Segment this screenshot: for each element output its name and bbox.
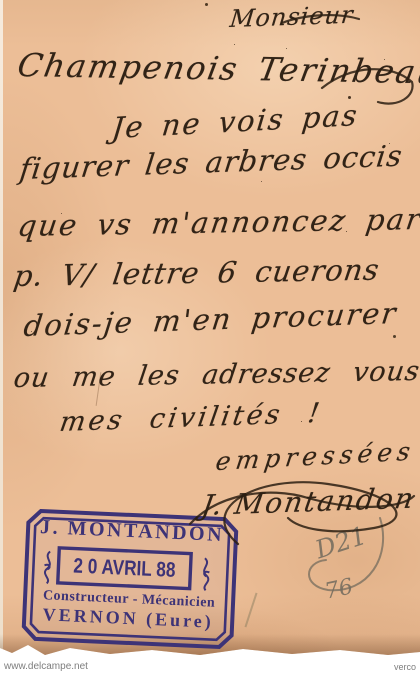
watermark-verco: verco [394,662,416,672]
handwriting-line-4: figurer les arbres occis [18,139,405,187]
pencil-stray-stroke [244,593,257,628]
paper-specks [205,3,208,6]
stamp-date: 2 0 AVRIL 88 [70,554,179,583]
watermark-delcampe: www.delcampe.net [4,661,88,672]
handwriting-line-5: que vs m'annoncez par [16,202,420,243]
handwriting-line-8: ou me les adressez vous [12,356,420,394]
postcard-paper: Monsieur Champenois Terinbeaux Je ne voi… [0,0,420,675]
handwriting-line-1: Monsieur [229,1,355,33]
torn-left-edge [0,0,3,660]
handwriting-line-2: Champenois Terinbeaux [15,46,420,92]
merchant-stamp: J. MONTANDON 2 0 AVRIL 88 Constructeur -… [19,506,241,651]
handwriting-line-9: mes civilités ! [58,398,325,438]
handwriting-line-7: dois-je m'en procurer [22,296,400,343]
pencil-mark-bottom: 76 [323,574,356,604]
handwriting-line-3: Je ne vois pas [110,98,360,145]
handwriting-line-6: p. V/ lettre 6 cuerons [12,253,382,293]
handwriting-line-10: empressées [214,436,417,476]
postcard-scan: Monsieur Champenois Terinbeaux Je ne voi… [0,0,420,675]
pencil-mark-top: D21 [312,521,370,565]
signature: J. Montandon [199,481,417,522]
